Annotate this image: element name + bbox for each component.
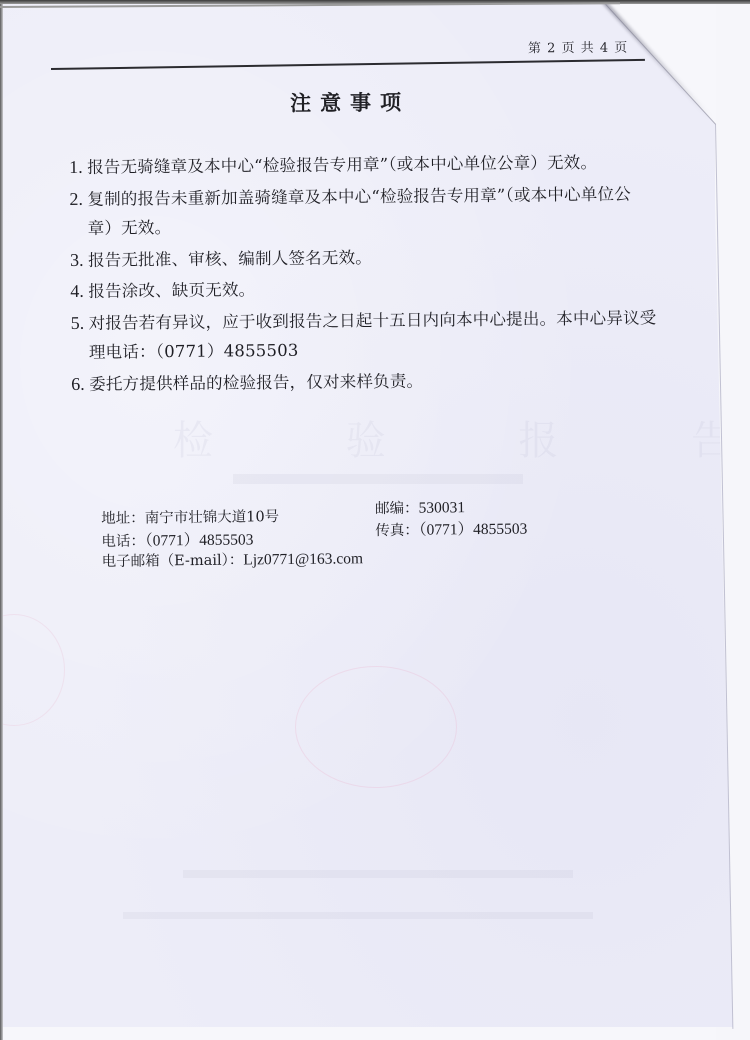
- fax-value: （0771）4855503: [419, 521, 528, 539]
- note-text: 委托方提供样品的检验报告，仅对来样负责。: [89, 364, 671, 399]
- bleed-through-stamp: [295, 666, 457, 788]
- note-item: 1. 报告无骑缝章及本中心“检验报告专用章”（或本中心单位公章）无效。: [69, 147, 669, 182]
- postcode-row: 邮编：530031: [375, 496, 465, 518]
- note-number: 4.: [70, 277, 84, 307]
- bleed-through-line: [123, 912, 593, 919]
- phone-label: 电话：: [101, 534, 145, 550]
- note-number: 2.: [69, 184, 83, 214]
- note-text: 对报告若有异议，应于收到报告之日起十五日内向本中心提出。本中心异议受理电话：（0…: [88, 303, 664, 368]
- note-number: 1.: [69, 153, 83, 183]
- fax-label: 传真：: [375, 523, 419, 539]
- postcode-label: 邮编：: [375, 501, 419, 517]
- bleed-through-text: 检 验 报 告: [173, 409, 750, 466]
- notes-list: 1. 报告无骑缝章及本中心“检验报告专用章”（或本中心单位公章）无效。 2. 复…: [69, 147, 671, 401]
- page-indicator: 第 2 页 共 4 页: [528, 37, 628, 57]
- note-text: 报告涂改、缺页无效。: [88, 271, 670, 306]
- note-item: 2. 复制的报告未重新加盖骑缝章及本中心“检验报告专用章”（或本中心单位公章）无…: [69, 179, 670, 244]
- note-number: 6.: [71, 369, 85, 399]
- fax-row: 传真：（0771）4855503: [375, 517, 527, 541]
- email-row: 电子邮箱（E-mail）：Ljz0771@163.com: [102, 547, 364, 571]
- note-text: 报告无批准、审核、编制人签名无效。: [88, 240, 670, 275]
- scan-left-border: [0, 0, 3, 1040]
- phone-value: （0771）4855503: [145, 531, 254, 549]
- address-value: 南宁市壮锦大道10号: [145, 509, 280, 526]
- note-item: 6. 委托方提供样品的检验报告，仅对来样负责。: [71, 364, 671, 399]
- note-item: 5. 对报告若有异议，应于收到报告之日起十五日内向本中心提出。本中心异议受理电话…: [70, 303, 671, 368]
- note-item: 3. 报告无批准、审核、编制人签名无效。: [70, 240, 670, 275]
- note-number: 3.: [70, 245, 84, 275]
- bleed-through-line: [183, 870, 573, 878]
- document-page: 检 验 报 告 第 2 页 共 4 页 注意事项 1. 报告无骑缝章及本中心“检…: [3, 4, 733, 1027]
- address-label: 地址：: [101, 511, 145, 527]
- note-text: 报告无骑缝章及本中心“检验报告专用章”（或本中心单位公章）无效。: [87, 147, 669, 182]
- postcode-value: 530031: [419, 499, 466, 516]
- address-row: 地址：南宁市壮锦大道10号: [101, 505, 279, 528]
- email-label: 电子邮箱（E-mail）：: [102, 553, 244, 570]
- page-title: 注意事项: [290, 86, 410, 117]
- phone-row: 电话：（0771）4855503: [101, 527, 253, 551]
- bleed-through-line: [233, 474, 523, 484]
- note-text: 复制的报告未重新加盖骑缝章及本中心“检验报告专用章”（或本中心单位公章）无效。: [87, 179, 648, 243]
- note-number: 5.: [70, 308, 84, 338]
- note-item: 4. 报告涂改、缺页无效。: [70, 271, 670, 306]
- email-value: Ljz0771@163.com: [243, 550, 363, 568]
- contact-block: 地址：南宁市壮锦大道10号 邮编：530031 电话：（0771）4855503…: [101, 495, 622, 580]
